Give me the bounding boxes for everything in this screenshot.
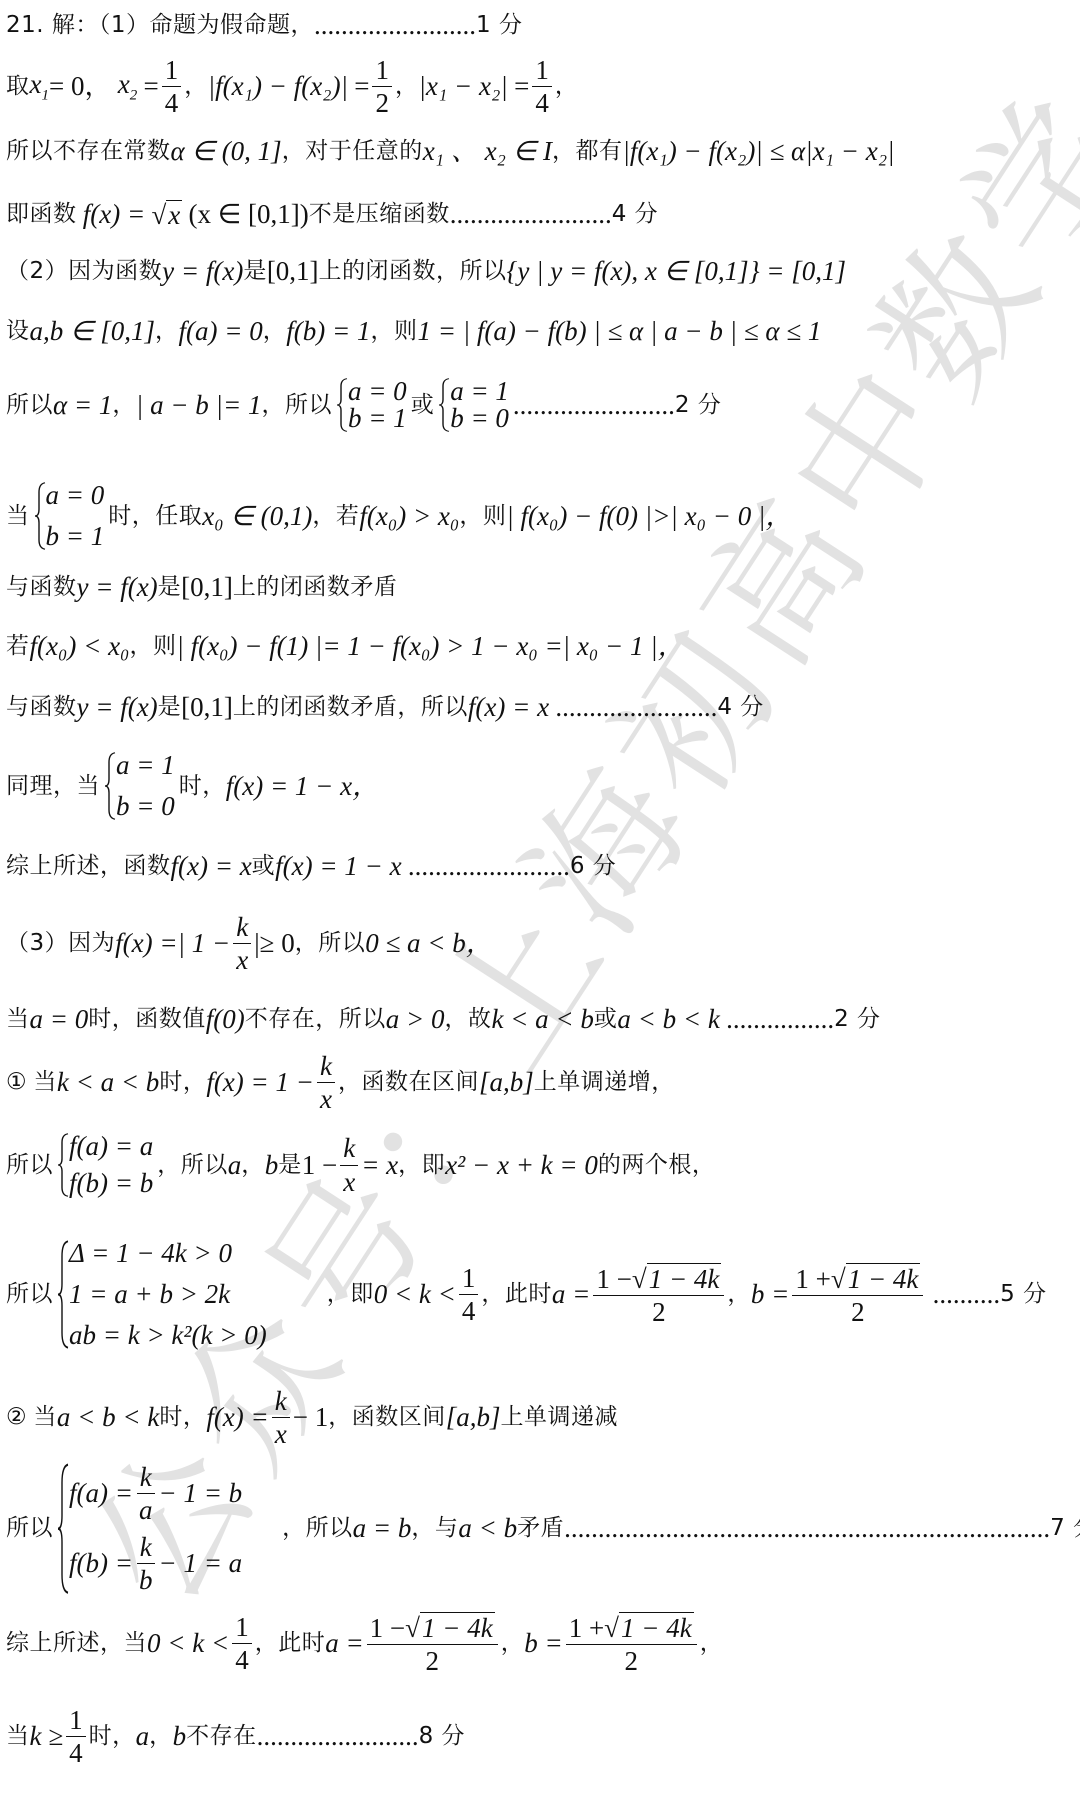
denominator: b	[136, 1564, 156, 1594]
denominator: 4	[232, 1644, 252, 1674]
numerator: 1	[532, 56, 552, 87]
math: x₁ − x₂	[426, 71, 500, 101]
math: b	[265, 1152, 279, 1179]
comma: ，	[395, 75, 419, 98]
math: f(x) = 1 − x	[275, 853, 401, 880]
left-brace-icon	[438, 378, 450, 432]
radicand: 1 − 4k	[846, 1263, 921, 1293]
numerator: k	[340, 1134, 358, 1165]
item-number: ②	[6, 1406, 27, 1429]
radicand: 1 − 4k	[420, 1612, 495, 1642]
denominator: x	[233, 944, 251, 974]
text: 矛盾	[517, 1517, 564, 1540]
part2-line6: 若 f(x₀) < x₀ ，则 | f(x₀) − f(1) |= 1 − f(…	[6, 633, 685, 660]
fraction: kx	[340, 1134, 358, 1196]
denominator: 2	[372, 87, 392, 117]
math: x² − x + k = 0	[445, 1152, 598, 1179]
text: 同理，当	[6, 775, 100, 798]
score-label: 4 分	[612, 203, 658, 226]
leader-dots: ........................	[257, 1723, 419, 1750]
math: 1 +	[569, 1613, 604, 1643]
text: ，所以	[261, 394, 332, 417]
math: [a,b]	[446, 1404, 501, 1431]
math: y = f(x)	[162, 258, 243, 285]
text: ，此时	[481, 1283, 552, 1306]
math: f(x) = 1 −	[206, 1069, 314, 1096]
math: |f(x₁) − f(x₂)| ≤ α|x₁ − x₂|	[622, 138, 894, 165]
math: a,b ∈ [0,1]	[30, 318, 156, 345]
math: 1 +	[795, 1264, 830, 1294]
numerator: k	[233, 913, 251, 944]
text: 所以不存在常数	[6, 140, 171, 163]
text: 上单调递增，	[534, 1071, 675, 1094]
text: 是	[278, 1154, 302, 1177]
fraction: kx	[317, 1052, 335, 1114]
text: 是	[158, 576, 182, 599]
math: x₀ ∈ (0,1)	[202, 503, 312, 530]
case-system: a = 1b = 0	[104, 752, 175, 820]
left-brace-icon	[57, 1463, 69, 1594]
text: 与函数	[6, 696, 77, 719]
text: 当	[33, 1071, 57, 1094]
score-label: 7 分	[1050, 1517, 1080, 1540]
math: x₁ 、 x₂ ∈ I	[423, 138, 552, 165]
text: 当	[6, 1008, 30, 1031]
math: b =	[524, 1630, 562, 1657]
math: b	[173, 1723, 187, 1750]
comma: ，	[501, 1632, 525, 1655]
part3-line1: （3）因为 f(x) =| 1 − kx |≥ 0 ，所以 0 ≤ a < b，	[6, 913, 493, 975]
case-row: a = 0	[348, 378, 407, 405]
comma: ，	[263, 320, 287, 343]
math: α = 1	[53, 392, 112, 419]
case-row: a = 0	[46, 482, 105, 509]
text: 与函数	[6, 576, 77, 599]
text: 当	[6, 1725, 30, 1748]
text: 上单调递减	[500, 1406, 618, 1429]
math: a =	[552, 1281, 590, 1308]
case-system: f(a) =ka− 1 = b f(b) =kb− 1 = a	[57, 1463, 242, 1594]
text: 当	[6, 505, 30, 528]
part1-line1: 21. 解：（1）命题为假命题， .......................…	[6, 12, 522, 39]
case-system: a = 0b = 1	[34, 482, 105, 550]
text: 时，函数值	[88, 1008, 206, 1031]
text: ，所以	[157, 1154, 228, 1177]
math: [0,1]	[267, 258, 319, 285]
text: 上的闭函数，所以	[319, 260, 507, 283]
text: 所以	[6, 1154, 53, 1177]
text: 设	[6, 320, 30, 343]
math: [0,1]	[181, 694, 233, 721]
math: f(x) = x	[171, 853, 252, 880]
text: 当	[33, 1406, 57, 1429]
math: 1 −	[302, 1152, 337, 1179]
text: 取	[6, 75, 30, 98]
score-label: 4 分	[717, 696, 763, 719]
part1-line4: 即函数 f(x) = √x (x ∈ [0,1]) 不是压缩函数 .......…	[6, 200, 658, 229]
text: 或	[594, 1008, 618, 1031]
text: ，所以	[295, 932, 366, 955]
math: f(a) = 0	[179, 318, 263, 345]
comma: ，	[184, 75, 208, 98]
math: − 1	[293, 1404, 328, 1431]
text: 不存在，所以	[245, 1008, 386, 1031]
left-brace-icon	[104, 752, 116, 820]
part1-line2: 取 x1 = 0， x2 = 14 ， |f(x₁) − f(x₂)| = 12…	[6, 56, 578, 118]
math: 1 = | f(a) − f(b) | ≤ α | a − b | ≤ α ≤ …	[417, 318, 821, 345]
text: 即函数	[6, 203, 77, 226]
numerator: 1	[459, 1264, 479, 1295]
math-var: x1	[30, 71, 49, 103]
part2-line3: 所以 α = 1 ， | a − b |= 1 ，所以 a = 0b = 1 或…	[6, 378, 721, 432]
text: 所以	[6, 1283, 53, 1306]
text: 是	[243, 260, 267, 283]
score-label: 8 分	[419, 1725, 465, 1748]
math: y = f(x)	[77, 694, 158, 721]
case-row: ab = k > k²(k > 0)	[69, 1322, 267, 1349]
part2-line4: 当 a = 0b = 1 时，任取 x₀ ∈ (0,1) ，若 f(x₀) > …	[6, 482, 792, 550]
case-row: f(b) =kb− 1 = a	[69, 1533, 242, 1595]
math: k < a < b	[491, 1006, 593, 1033]
text: 的两个根，	[598, 1154, 716, 1177]
text: 时，	[179, 775, 226, 798]
case-row: 1 = a + b > 2k	[69, 1281, 267, 1308]
text: 或	[252, 855, 276, 878]
part3-line4: 所以 f(a) = af(b) = b ，所以 a ， b 是 1 − kx =…	[6, 1133, 715, 1197]
math: f(x) =| 1 −	[115, 930, 230, 957]
math: | f(x₀) − f(0) |>| x₀ − 0 |，	[506, 503, 792, 530]
denominator: 2	[422, 1645, 442, 1675]
math: f(x₀) > x₀	[359, 503, 459, 530]
math: {y | y = f(x), x ∈ [0,1]} = [0,1]	[507, 258, 846, 285]
case-row: a = 1	[116, 752, 175, 779]
left-brace-icon	[34, 482, 46, 550]
numerator: 1	[232, 1613, 252, 1644]
math: f(x) = x	[468, 694, 549, 721]
fraction: 1 −√1 − 4k2	[593, 1263, 724, 1327]
comma: ，	[112, 394, 136, 417]
math-abs: |x₁ − x₂|	[418, 73, 507, 100]
comma: ，	[241, 1154, 265, 1177]
score-label: 5 分	[1000, 1283, 1046, 1306]
case-system: a = 0b = 1	[336, 378, 407, 432]
case-row: b = 0	[116, 793, 175, 820]
part3-line6: ② 当 a < b < k 时， f(x) = kx − 1 ，函数区间 [a,…	[6, 1387, 618, 1449]
part1-line3: 所以不存在常数 α ∈ (0, 1] ，对于任意的 x₁ 、 x₂ ∈ I ，都…	[6, 138, 895, 165]
part3-line7: 所以 f(a) =ka− 1 = b f(b) =kb− 1 = a ，所以 a…	[6, 1463, 1080, 1594]
left-brace-icon	[57, 1133, 69, 1197]
math: b =	[751, 1281, 789, 1308]
text: 是	[158, 696, 182, 719]
math: f(b) =	[69, 1550, 133, 1577]
part2-line5: 与函数 y = f(x) 是 [0,1] 上的闭函数矛盾	[6, 574, 397, 601]
math: f(a) =	[69, 1480, 133, 1507]
math: |≥ 0	[254, 930, 294, 957]
comma: ，	[700, 1632, 724, 1655]
math: 0 < k <	[374, 1281, 456, 1308]
fraction: 14	[66, 1706, 86, 1768]
case-system: Δ = 1 − 4k > 01 = a + b > 2kab = k > k²(…	[57, 1240, 267, 1349]
sqrt-expression: √x	[151, 200, 182, 229]
text: 综上所述，函数	[6, 855, 171, 878]
text: ，函数在区间	[338, 1071, 479, 1094]
text: ，若	[312, 505, 359, 528]
numerator: k	[317, 1052, 335, 1083]
leader-dots: ........................	[555, 694, 717, 721]
text: ，都有	[552, 140, 623, 163]
text: ，故	[444, 1008, 491, 1031]
case-row: f(b) = b	[69, 1170, 153, 1197]
text: 上的闭函数矛盾，所以	[233, 696, 468, 719]
math: y = f(x)	[77, 574, 158, 601]
fraction: 1 +√1 − 4k2	[792, 1263, 923, 1327]
numerator: k	[272, 1387, 290, 1418]
leader-dots: ........................	[314, 12, 476, 39]
text: （2）因为函数	[6, 260, 162, 283]
math: f(x) =	[206, 1404, 268, 1431]
math: k < a < b	[57, 1069, 159, 1096]
fraction: kx	[233, 913, 251, 975]
case-row: b = 1	[348, 405, 407, 432]
fraction: 14	[532, 56, 552, 118]
part2-line1: （2）因为函数 y = f(x) 是 [0,1] 上的闭函数，所以 {y | y…	[6, 258, 846, 285]
numerator: 1	[162, 56, 182, 87]
text: 不是压缩函数	[309, 203, 450, 226]
text: ，即	[398, 1154, 445, 1177]
math: f(x) =	[83, 201, 145, 228]
math: | f(x₀) − f(1) |= 1 − f(x₀) > 1 − x₀ =| …	[176, 633, 684, 660]
case-row: f(a) =ka− 1 = b	[69, 1463, 242, 1525]
fraction: 1 +√1 − 4k2	[566, 1612, 697, 1676]
text: 上的闭函数矛盾	[233, 576, 398, 599]
text: 所以	[6, 394, 53, 417]
math: f(0)	[206, 1006, 245, 1033]
case-row: a = 1	[450, 378, 509, 405]
part2-line9: 综上所述，函数 f(x) = x 或 f(x) = 1 − x ........…	[6, 853, 616, 880]
comma: ，	[155, 320, 179, 343]
denominator: x	[272, 1418, 290, 1448]
math: 1 −	[596, 1264, 631, 1294]
denominator: 2	[649, 1296, 669, 1326]
score-label: 2 分	[675, 394, 721, 417]
math: 0 < k <	[147, 1630, 229, 1657]
case-row: b = 1	[46, 523, 105, 550]
score-label: 2 分	[834, 1008, 880, 1031]
math: a = b	[353, 1515, 412, 1542]
text: ，即	[327, 1283, 374, 1306]
math: f(x) = 1 − x，	[226, 773, 379, 800]
leader-dots: ................	[726, 1006, 834, 1033]
fraction: 14	[232, 1613, 252, 1675]
fraction: 14	[162, 56, 182, 118]
radicand: 1 − 4k	[647, 1263, 722, 1293]
math-abs: |f(x₁) − f(x₂)|	[208, 73, 348, 100]
math: 1 −	[370, 1613, 405, 1643]
math: a	[136, 1723, 150, 1750]
text: ，则	[129, 635, 176, 658]
part3-line5: 所以 Δ = 1 − 4k > 01 = a + b > 2kab = k > …	[6, 1240, 1047, 1349]
math: = 0，	[49, 73, 111, 100]
text: ，对于任意的	[282, 140, 423, 163]
denominator: 2	[621, 1645, 641, 1675]
denominator: x	[317, 1083, 335, 1113]
math: [0,1]	[181, 574, 233, 601]
left-brace-icon	[57, 1240, 69, 1349]
numerator: k	[137, 1463, 155, 1494]
part3-line3: ① 当 k < a < b 时， f(x) = 1 − kx ，函数在区间 [a…	[6, 1052, 675, 1114]
case-system: a = 1b = 0	[438, 378, 509, 432]
part3-line9: 当 k ≥ 14 时， a ， b 不存在 ..................…	[6, 1706, 465, 1768]
case-system: f(a) = af(b) = b	[57, 1133, 153, 1197]
denominator: a	[136, 1494, 156, 1524]
math: k ≥	[30, 1723, 64, 1750]
math-var: x2	[118, 71, 137, 103]
case-row: Δ = 1 − 4k > 0	[69, 1240, 267, 1267]
math: =	[514, 73, 529, 100]
part2-line2: 设 a,b ∈ [0,1] ， f(a) = 0 ， f(b) = 1 ，则 1…	[6, 318, 821, 345]
solution-document: 公众号：上海初高中数学 21. 解：（1）命题为假命题， ...........…	[0, 0, 1080, 1815]
denominator: 4	[459, 1295, 479, 1325]
radicand: 1 − 4k	[619, 1612, 694, 1642]
denominator: 4	[66, 1737, 86, 1767]
leader-dots: ........................	[450, 201, 612, 228]
fraction: 12	[372, 56, 392, 118]
leader-dots: ........................................…	[564, 1515, 1050, 1542]
denominator: 4	[162, 87, 182, 117]
math: f(x₀) < x₀	[30, 633, 130, 660]
score-label: 1 分	[476, 14, 522, 37]
fraction: 1 −√1 − 4k2	[367, 1612, 498, 1676]
text: ，则	[370, 320, 417, 343]
case-row: b = 0	[450, 405, 509, 432]
text: 时，任取	[108, 505, 202, 528]
fraction: 14	[459, 1264, 479, 1326]
math: | a − b |= 1	[136, 392, 262, 419]
comma: ，	[727, 1283, 751, 1306]
math: (x ∈ [0,1])	[189, 201, 309, 228]
part1-heading: 21. 解：（1）命题为假命题，	[6, 14, 314, 37]
math: =	[354, 73, 369, 100]
text: ，函数区间	[328, 1406, 446, 1429]
text: 时，	[159, 1406, 206, 1429]
part2-line8: 同理，当 a = 1b = 0 时， f(x) = 1 − x，	[6, 752, 379, 820]
text: ，所以	[282, 1517, 353, 1540]
text: ，此时	[255, 1632, 326, 1655]
left-brace-icon	[336, 378, 348, 432]
item-number: ①	[6, 1071, 27, 1094]
denominator: 2	[848, 1296, 868, 1326]
math: a < b < k	[57, 1404, 159, 1431]
math: f(b) = 1	[286, 318, 370, 345]
numerator: 1	[372, 56, 392, 87]
radicand: x	[166, 200, 182, 229]
math: = x	[361, 1152, 398, 1179]
text: 或	[411, 394, 435, 417]
part2-line7: 与函数 y = f(x) 是 [0,1] 上的闭函数矛盾，所以 f(x) = x…	[6, 694, 764, 721]
denominator: x	[340, 1166, 358, 1196]
text: ，与	[411, 1517, 458, 1540]
comma: ，	[149, 1725, 173, 1748]
math: a	[228, 1152, 242, 1179]
numerator: 1	[66, 1706, 86, 1737]
text: 时，	[159, 1071, 206, 1094]
text: （3）因为	[6, 932, 115, 955]
comma: ，	[555, 75, 579, 98]
leader-dots: ........................	[408, 853, 570, 880]
case-row: f(a) = a	[69, 1133, 153, 1160]
denominator: 4	[532, 87, 552, 117]
numerator: k	[137, 1533, 155, 1564]
text: 时，	[89, 1725, 136, 1748]
math: − 1 = b	[158, 1480, 242, 1507]
math: a > 0	[386, 1006, 445, 1033]
math: − 1 = a	[158, 1550, 242, 1577]
math: a < b	[458, 1515, 517, 1542]
part3-line2: 当 a = 0 时，函数值 f(0) 不存在，所以 a > 0 ，故 k < a…	[6, 1006, 881, 1033]
math: a =	[325, 1630, 363, 1657]
math: a = 0	[30, 1006, 89, 1033]
math: [a,b]	[479, 1069, 534, 1096]
leader-dots: ........................	[513, 392, 675, 419]
text: 综上所述，当	[6, 1632, 147, 1655]
score-label: 6 分	[570, 855, 616, 878]
math: f(x₁) − f(x₂)	[215, 71, 340, 101]
text: ，则	[459, 505, 506, 528]
leader-dots: ..........	[933, 1281, 1001, 1308]
math: =	[143, 73, 158, 100]
fraction: kx	[272, 1387, 290, 1449]
text: 若	[6, 635, 30, 658]
text: 所以	[6, 1517, 53, 1540]
math: a < b < k	[617, 1006, 719, 1033]
text: 不存在	[186, 1725, 257, 1748]
math: α ∈ (0, 1]	[171, 138, 282, 165]
part3-line8: 综上所述，当 0 < k < 14 ，此时 a = 1 −√1 − 4k2 ， …	[6, 1612, 723, 1676]
math: 0 ≤ a < b，	[365, 930, 493, 957]
